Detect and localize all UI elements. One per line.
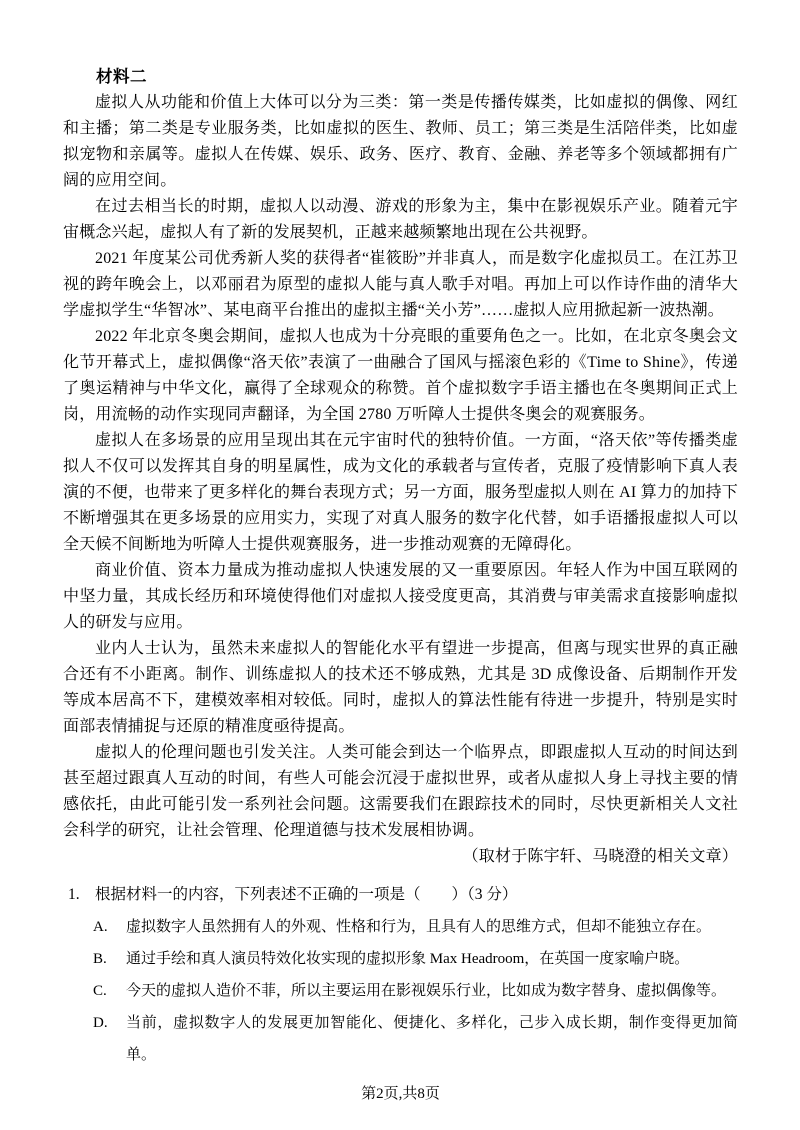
option-c: C. 今天的虚拟人造价不菲，所以主要运用在影视娱乐行业，比如成为数字替身、虚拟偶… <box>63 975 738 1007</box>
option-b: B. 通过手绘和真人演员特效化妆实现的虚拟形象 Max Headroom，在英国… <box>63 943 738 975</box>
option-b-label: B. <box>93 943 126 975</box>
material-paragraph: 商业价值、资本力量成为推动虚拟人快速发展的又一重要原因。年轻人作为中国互联网的中… <box>63 558 738 636</box>
option-a-text: 虚拟数字人虽然拥有人的外观、性格和行为，且具有人的思维方式，但却不能独立存在。 <box>126 911 738 943</box>
material-paragraph: 2021 年度某公司优秀新人奖的获得者“崔筱盼”并非真人，而是数字化虚拟员工。在… <box>63 246 738 324</box>
material-paragraph: 在过去相当长的时期，虚拟人以动漫、游戏的形象为主，集中在影视娱乐产业。随着元宇宙… <box>63 194 738 246</box>
option-d-text: 当前，虚拟数字人的发展更加智能化、便捷化、多样化，己步入成长期，制作变得更加简单… <box>126 1007 738 1071</box>
question-1: 1. 根据材料一的内容，下列表述不正确的一项是（ ）（3 分） A. 虚拟数字人… <box>63 879 738 1071</box>
option-b-text: 通过手绘和真人演员特效化妆实现的虚拟形象 Max Headroom，在英国一度家… <box>126 943 738 975</box>
option-d: D. 当前，虚拟数字人的发展更加智能化、便捷化、多样化，己步入成长期，制作变得更… <box>63 1007 738 1071</box>
option-a-label: A. <box>93 911 126 943</box>
option-c-text: 今天的虚拟人造价不菲，所以主要运用在影视娱乐行业，比如成为数字替身、虚拟偶像等。 <box>126 975 738 1007</box>
option-c-label: C. <box>93 975 126 1007</box>
material-paragraph: 虚拟人在多场景的应用呈现出其在元宇宙时代的独特价值。一方面，“洛天依”等传播类虚… <box>63 428 738 558</box>
material-two-heading: 材料二 <box>63 64 738 90</box>
question-stem-row: 1. 根据材料一的内容，下列表述不正确的一项是（ ）（3 分） <box>63 879 738 911</box>
option-d-label: D. <box>93 1007 126 1071</box>
material-paragraph: 2022 年北京冬奥会期间，虚拟人也成为十分亮眼的重要角色之一。比如，在北京冬奥… <box>63 324 738 428</box>
question-stem: 根据材料一的内容，下列表述不正确的一项是（ ）（3 分） <box>95 879 738 911</box>
material-paragraph: 虚拟人从功能和价值上大体可以分为三类：第一类是传播传媒类，比如虚拟的偶像、网红和… <box>63 90 738 194</box>
material-paragraph: 虚拟人的伦理问题也引发关注。人类可能会到达一个临界点，即跟虚拟人互动的时间达到甚… <box>63 740 738 844</box>
option-a: A. 虚拟数字人虽然拥有人的外观、性格和行为，且具有人的思维方式，但却不能独立存… <box>63 911 738 943</box>
exam-page: 材料二 虚拟人从功能和价值上大体可以分为三类：第一类是传播传媒类，比如虚拟的偶像… <box>0 0 800 1130</box>
source-attribution: （取材于陈宇轩、马晓澄的相关文章） <box>63 844 738 870</box>
question-number: 1. <box>63 879 95 911</box>
material-paragraph: 业内人士认为，虽然未来虚拟人的智能化水平有望进一步提高，但离与现实世界的真正融合… <box>63 636 738 740</box>
page-number-indicator: 第2页,共8页 <box>63 1083 738 1105</box>
